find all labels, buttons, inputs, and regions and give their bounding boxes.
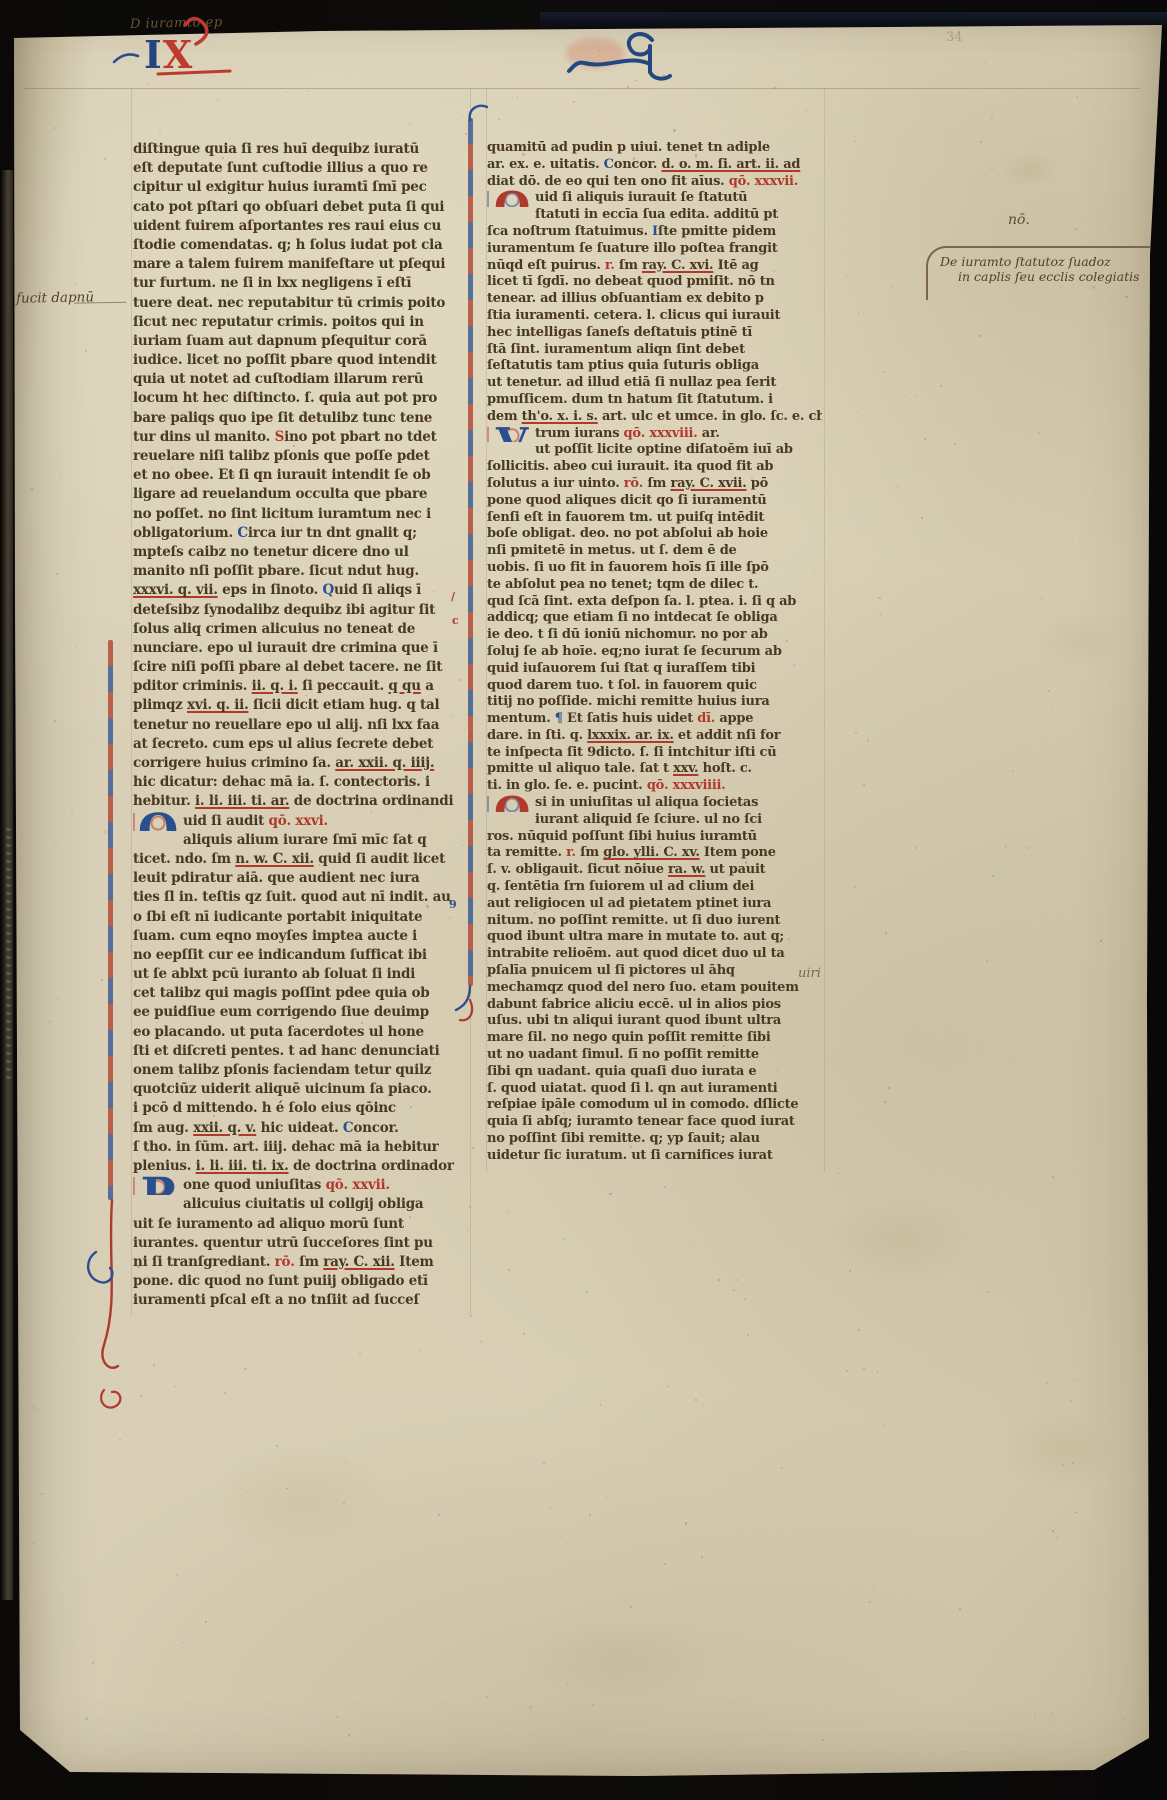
text-run: nitum. no poſſint remitte. ut ſi duo iur… xyxy=(487,913,780,928)
text-run: ſenſi eſt in fauorem tm. ut puiſq intēdi… xyxy=(487,510,764,525)
speckle xyxy=(182,1642,183,1643)
text-line: plenius. i. li. iii. ti. ix. de doctrina… xyxy=(133,1157,469,1176)
text-line: uobis. ſi uo fit in fauorem hoīs ſī ille… xyxy=(487,560,822,577)
text-run: ſolutus a iur uinto. xyxy=(487,476,624,491)
speckle xyxy=(61,478,62,479)
speckle xyxy=(100,246,101,247)
text-line: ſ. v. obligauit. ſicut nōiue ra. w. ut p… xyxy=(487,862,822,879)
text-run: uobis. ſi uo fit in fauorem hoīs ſī ille… xyxy=(487,560,769,575)
text-run: quid iuſauorem ſui ſtat q iuraſſem tibi xyxy=(487,661,755,676)
text-run: th'o. x. i. s. xyxy=(522,409,598,424)
text-run: ſeſtatutis tam ptius quia ſuturis obliga xyxy=(487,358,759,373)
speckle xyxy=(915,847,917,849)
text-line: reſpiae ipāle comodum ul in comodo. dſli… xyxy=(487,1097,822,1114)
text-line: mare a talem fuirem manifeſtare ut pſequ… xyxy=(133,255,469,274)
text-line: ut no uadant ſimul. ſī no poſſit remitte xyxy=(487,1047,822,1064)
text-line: ie deo. t ſi dū ioniū nichomur. no por a… xyxy=(487,627,822,644)
text-run: tur furtum. ne ſi in lxx negligens ī eſt… xyxy=(133,275,411,291)
speckle xyxy=(1052,1530,1054,1532)
speckle xyxy=(888,1087,890,1089)
speckle xyxy=(899,1552,900,1553)
text-run: i. li. iii. ti. ar. xyxy=(195,793,289,809)
text-run: C xyxy=(343,1120,354,1136)
text-line: ta remitte. r. ſm glo. ylli. C. xv. Item… xyxy=(487,845,822,862)
text-line: nūqd eſt puirus. r. ſm ray. C. xvi. Itē … xyxy=(487,258,822,275)
text-line: Quid ſi aliquis iurauit ſe ſtatutū xyxy=(487,190,822,207)
text-line: ut ſe ablxt pcū iuranto ab ſoluat ſi ind… xyxy=(133,965,469,984)
chapter-numeral-i: I xyxy=(144,32,162,77)
speckle xyxy=(1074,1379,1075,1380)
text-run: et addit nſi for xyxy=(674,728,781,743)
margin-note-no: nō. xyxy=(1008,212,1030,228)
speckle xyxy=(461,115,463,117)
text-run: ee puidſiue eum corrigendo ſiue deuimp xyxy=(133,1004,429,1020)
text-run: diat dō. de eo qui ten ono fit aīus. xyxy=(487,174,729,189)
speckle xyxy=(880,613,882,615)
speckle xyxy=(954,1718,955,1719)
speckle xyxy=(1005,846,1007,848)
text-run: ligare ad reuelandum occulta que pbare xyxy=(133,486,427,502)
text-line: diat dō. de eo qui ten ono fit aīus. qō.… xyxy=(487,174,822,191)
speckle xyxy=(1070,1400,1072,1402)
text-run: hec intelligas ſaneſs deſtatuis ptinē tī xyxy=(487,325,752,340)
text-run: aut religiocen ul ad pietatem ptinet iur… xyxy=(487,896,771,911)
text-run: eſt deputate ſunt cuſtodie illius a quo … xyxy=(133,160,428,176)
speckle xyxy=(104,158,106,160)
speckle xyxy=(857,411,858,412)
speckle xyxy=(480,1340,482,1342)
speckle xyxy=(991,117,993,119)
speckle xyxy=(232,69,233,70)
text-run: hoſt. c. xyxy=(698,761,752,776)
speckle xyxy=(76,645,78,647)
text-run: deteſsibz ſynodalibz dequibz ibi agitur … xyxy=(133,602,435,618)
speckle xyxy=(508,1269,510,1271)
text-run: uit ſe iuramento ad aliquo morū ſunt xyxy=(133,1216,404,1232)
speckle xyxy=(878,597,880,599)
speckle xyxy=(664,1186,665,1187)
text-run: qō. xxxvii. xyxy=(729,174,798,189)
speckle xyxy=(1046,1382,1048,1384)
text-run: lxxxix. ar. ix. xyxy=(587,728,674,743)
speckle xyxy=(409,123,411,125)
text-line: iurant aliquid ſe ſciure. ul no ſci xyxy=(487,812,822,829)
text-line: quod ibunt ultra mare in mutate to. aut … xyxy=(487,929,822,946)
text-line: bare paliqs quo ipe ſit detulibz tunc te… xyxy=(133,409,469,428)
text-line: eo placando. ut puta ſacerdotes ul hone xyxy=(133,1023,469,1042)
text-run: iurant aliquid ſe ſciure. ul no ſci xyxy=(535,812,762,827)
ruling-line xyxy=(131,88,132,1316)
text-run: pone quod aliques dicit qo ſi iuramentū xyxy=(487,493,766,508)
margin-note-box-line: De iuramto ſtatutoz ſuadoz xyxy=(940,254,1150,269)
text-line: o ſbi eſt nī iudicante portabit iniquita… xyxy=(133,908,469,927)
speckle xyxy=(119,1439,120,1440)
text-line: addicq; que etiam ſi no intdecat ſe obli… xyxy=(487,610,822,627)
text-line: licet tī ſgdī. no debeat quod pmiſit. nō… xyxy=(487,274,822,291)
speckle xyxy=(70,557,71,558)
text-line: uit ſe iuramento ad aliquo morū ſunt xyxy=(133,1215,469,1234)
text-run: boſe obligat. deo. no pot abſolui ab hoi… xyxy=(487,526,768,541)
text-run: ſicii dicit etiam hug. q tal xyxy=(249,697,440,713)
text-line: manito nſi poſſit pbare. ſicut ndut hug. xyxy=(133,562,469,581)
speckle xyxy=(56,573,58,575)
text-line: onem talibz pſonis faciendam tetur quilz xyxy=(133,1061,469,1080)
text-line: ti. in glo. ſe. e. pucint. qō. xxxviiii. xyxy=(487,778,822,795)
text-line: quamitū ad pudin p uiui. tenet tn adiple xyxy=(487,140,822,157)
speckle xyxy=(1034,1713,1036,1715)
text-line: cet talibz qui magis poſſint pdee quia o… xyxy=(133,984,469,1003)
text-line: ſcire niſi poſſi pbare al debet tacere. … xyxy=(133,658,469,677)
text-line: ticet. ndo. ſm n. w. C. xii. quid ſi aud… xyxy=(133,850,469,869)
text-line: quod darem tuo. t ſol. in fauorem quic xyxy=(487,678,822,695)
text-run: ii. q. i. xyxy=(252,678,298,694)
text-run: ſcire niſi poſſi pbare al debet tacere. … xyxy=(133,659,442,675)
folio-number: 34 xyxy=(946,30,963,45)
text-line: eſt deputate ſunt cuſtodie illius a quo … xyxy=(133,159,469,178)
text-line: hec intelligas ſaneſs deſtatuis ptinē tī xyxy=(487,325,822,342)
text-line: alicuius ciuitatis ul collgij obliga xyxy=(133,1195,469,1214)
text-run: ſoluj ſe ab hoīe. eq;no iurat ſe ſecurum… xyxy=(487,644,782,659)
speckle xyxy=(153,1364,155,1366)
speckle xyxy=(1052,1176,1053,1177)
text-line: quia ſi abſq; iuramto tenear face quod i… xyxy=(487,1114,822,1131)
margin-note-left: fucit dapnū xyxy=(16,289,94,306)
text-line: reuelare niſi talibz pſonis que poſſe pd… xyxy=(133,447,469,466)
text-line: quia ut notet ad cuſtodiam illarum rerū xyxy=(133,370,469,389)
text-run: S xyxy=(275,429,285,445)
text-run: diſtingue quia ſi res huī dequibz iuratū xyxy=(133,141,419,157)
text-run: uidetur ſic iuratum. ut ſi carnifices iu… xyxy=(487,1148,773,1163)
text-line: mechamqz quod del nero ſuo. etam pouitem xyxy=(487,980,822,997)
text-line: iuramenti pſcal eſt a no tnſiit ad ſucce… xyxy=(133,1291,469,1310)
text-line: tur dins ul manito. Sino pot pbart no td… xyxy=(133,428,469,447)
text-run: iuramenti pſcal eſt a no tnſiit ad ſucce… xyxy=(133,1292,419,1308)
text-line: Vtrum iurans qō. xxxviii. ar. xyxy=(487,426,822,443)
text-line: iuramentum ſe ſuature illo poſtea frangi… xyxy=(487,241,822,258)
text-run: ſm xyxy=(295,1254,324,1270)
text-run: uid ſi aliqs ī xyxy=(334,582,421,598)
text-run: de doctrina ordinandi xyxy=(289,793,453,809)
speckle xyxy=(195,1450,196,1451)
text-run: ſ. quod uiatat. quod ſi l. qn aut iurame… xyxy=(487,1081,777,1096)
speckle xyxy=(718,1279,720,1281)
text-run: ni ſi tranſgrediant. xyxy=(133,1254,275,1270)
speckle xyxy=(930,1753,931,1754)
text-run: addicq; que etiam ſi no intdecat ſe obli… xyxy=(487,610,778,625)
speckle xyxy=(1074,356,1075,357)
text-run: quotciūz uiderit aliquē uicinum ſa piaco… xyxy=(133,1081,432,1097)
speckle xyxy=(864,1102,865,1103)
speckle xyxy=(256,65,257,66)
speckle xyxy=(91,1157,92,1158)
speckle xyxy=(592,1704,594,1706)
text-run: quod ibunt ultra mare in mutate to. aut … xyxy=(487,929,784,944)
text-run: eps in ſinoto. xyxy=(218,582,323,598)
text-line: ſeſtatutis tam ptius quia ſuturis obliga xyxy=(487,358,822,375)
text-line: no poſſint ſibi remitte. q; yp ſauit; al… xyxy=(487,1131,822,1148)
speckle xyxy=(1075,228,1077,230)
text-line: tur furtum. ne ſi in lxx negligens ī eſt… xyxy=(133,274,469,293)
text-line: q. ſentētia ſrn ſuiorem ul ad clium dei xyxy=(487,879,822,896)
ruling-line xyxy=(24,88,1140,89)
text-line: ſenſi eſt in fauorem tm. ut puiſq intēdi… xyxy=(487,510,822,527)
speckle xyxy=(1024,1345,1025,1346)
text-run: ray. C. xvi. xyxy=(642,258,713,273)
text-line: pone. dic quod no ſunt puiij obligado et… xyxy=(133,1272,469,1291)
text-line: aliquis alium iurare ſmī mīc ſat q xyxy=(133,831,469,850)
text-line: uidetur ſic iuratum. ut ſi carnifices iu… xyxy=(487,1148,822,1165)
speckle xyxy=(419,1349,421,1351)
text-line: pmitte ul aliquo tale. ſat t xxv. hoſt. … xyxy=(487,761,822,778)
speckle xyxy=(1038,432,1040,434)
text-run: ut no uadant ſimul. ſī no poſſit remitte xyxy=(487,1047,759,1062)
speckle xyxy=(1019,1671,1021,1673)
speckle xyxy=(240,1488,241,1489)
speckle xyxy=(71,809,73,811)
text-line: locum ht hec diſtincto. ſ. quia aut pot … xyxy=(133,389,469,408)
text-run: ſ tho. in ſūm. art. iiij. dehac mā ia he… xyxy=(133,1139,439,1155)
text-run: ut tenetur. ad illud etiā ſi nullaz pea … xyxy=(487,375,776,390)
text-run: ticet. ndo. ſm xyxy=(133,851,235,867)
text-line: no poſſet. no ſint licitum iuramtum nec … xyxy=(133,505,469,524)
text-run: iuriam ſuam aut dapnum pſequitur corā xyxy=(133,333,427,349)
text-line: iurantes. quentur utrū ſucceſores ſint p… xyxy=(133,1234,469,1253)
text-run: ſm xyxy=(576,845,603,860)
text-run: no poſſint ſibi remitte. q; yp ſauit; al… xyxy=(487,1131,760,1146)
text-run: pditor criminis. xyxy=(133,678,252,694)
text-line: ſolutus a iur uinto. rō. ſm ray. C. xvii… xyxy=(487,476,822,493)
text-run: uſus. ubi tn aliqui iurant quod ibunt ul… xyxy=(487,1013,781,1028)
speckle xyxy=(465,133,467,135)
text-run: no poſſet. no ſint licitum iuramtum nec … xyxy=(133,506,431,522)
speckle xyxy=(283,1522,284,1523)
text-run: de doctrina ordinador xyxy=(289,1158,454,1174)
text-line: leuit pdiratur aiā. que audient nec iura xyxy=(133,869,469,888)
speckle xyxy=(991,168,993,170)
text-run: quia ut notet ad cuſtodiam illarum rerū xyxy=(133,371,423,387)
speckle xyxy=(364,1326,365,1327)
text-line: ſolus aliq crimen alicuius no teneat de xyxy=(133,620,469,639)
gutter-filigree-col1 xyxy=(108,640,113,1200)
speckle xyxy=(1056,1537,1057,1538)
text-line: ſollicitis. abeo cui iurauit. ita quod f… xyxy=(487,459,822,476)
text-line: nunciare. epo ul iurauit dre crimina que… xyxy=(133,639,469,658)
text-run: a xyxy=(421,678,434,694)
text-run: ſca noſtrum ſtatuimus. xyxy=(487,224,652,239)
text-line: uſus. ubi tn aliqui iurant quod ibunt ul… xyxy=(487,1013,822,1030)
text-run: qud ſcā ſint. exta deſpon ſa. l. ptea. i… xyxy=(487,594,796,609)
text-run: qō. xxxviii. xyxy=(624,426,698,441)
text-run: qō. xxvi. xyxy=(269,813,328,829)
text-run: o ſbi eſt nī iudicante portabit iniquita… xyxy=(133,909,422,925)
speckle xyxy=(286,1488,287,1489)
text-run: xvi. q. ii. xyxy=(187,697,248,713)
speckle xyxy=(877,1371,878,1372)
text-line: ſibi qn uadant. quia quaſi duo iurata e xyxy=(487,1064,822,1081)
text-run: nunciare. epo ul iurauit dre crimina que… xyxy=(133,640,438,656)
text-run: C xyxy=(237,525,248,541)
speckle xyxy=(921,517,922,518)
text-line: tenear. ad illius obſuantiam ex debito p xyxy=(487,291,822,308)
text-run: ſm xyxy=(643,476,670,491)
speckle xyxy=(438,1514,440,1516)
text-line: tenetur no reuellare epo ul alij. nſi lx… xyxy=(133,716,469,735)
text-run: art. ulc et umce. in glo. ſc. e. ch xyxy=(598,409,822,424)
text-line: ſ. quod uiatat. quod ſi l. qn aut iurame… xyxy=(487,1081,822,1098)
text-run: quamitū ad pudin p uiui. tenet tn adiple xyxy=(487,140,770,155)
speckle xyxy=(600,1404,602,1406)
text-run: i. li. iii. ti. ix. xyxy=(196,1158,289,1174)
speckle xyxy=(92,1662,94,1664)
speckle xyxy=(609,1193,611,1195)
text-line: te inſpecta ſit 9dicto. ſ. ſi intchitur … xyxy=(487,745,822,762)
text-run: plimqz xyxy=(133,697,187,713)
text-line: nſi pmitetē in metus. ut ſ. dem ē de xyxy=(487,543,822,560)
speckle xyxy=(940,385,942,387)
speckle xyxy=(472,1147,474,1149)
text-line: at ſecreto. cum eps ul alius ſecrete deb… xyxy=(133,735,469,754)
text-line: obligatorium. Circa iur tn dnt gnalit q; xyxy=(133,524,469,543)
speckle xyxy=(46,236,47,237)
text-run: pſalīa pnuicem ul ſi pictores ul āhq xyxy=(487,963,735,978)
text-line: dare. in ſti. q. lxxxix. ar. ix. et addi… xyxy=(487,728,822,745)
text-run: glo. ylli. C. xv. xyxy=(603,845,699,860)
text-column-2: quamitū ad pudin p uiui. tenet tn adiple… xyxy=(487,140,822,1165)
text-line: i pcō d mittendo. h é ſolo eius qōinc xyxy=(133,1099,469,1118)
text-run: reſpiae ipāle comodum ul in comodo. dſli… xyxy=(487,1097,798,1112)
speckle xyxy=(55,841,57,843)
text-run: Itē ag xyxy=(713,258,758,273)
text-run: mare a talem fuirem manifeſtare ut pſequ… xyxy=(133,256,445,272)
illuminated-initial: Q xyxy=(487,796,535,812)
text-run: ar. ex. e. uitatis. xyxy=(487,157,604,172)
text-run: ſ. v. obligauit. ſicut nōiue xyxy=(487,862,668,877)
speckle xyxy=(854,886,855,887)
speckle xyxy=(735,1503,737,1505)
speckle xyxy=(948,309,949,310)
speckle xyxy=(1023,854,1024,855)
text-line: deteſsibz ſynodalibz dequibz ibi agitur … xyxy=(133,601,469,620)
text-run: manito nſi poſſit pbare. ſicut ndut hug. xyxy=(133,563,419,579)
text-line: ſti et diſcreti pentes. t ad hanc denunc… xyxy=(133,1042,469,1061)
speckle xyxy=(863,384,864,385)
text-line: mpteſs caibz no tenetur dicere dno ul xyxy=(133,543,469,562)
text-line: quid iuſauorem ſui ſtat q iuraſſem tibi xyxy=(487,661,822,678)
text-run: Et ſatis huis uidet xyxy=(563,711,698,726)
text-run: xxii. q. v. xyxy=(193,1120,256,1136)
text-line: cato pot pſtari qo obſuari debet puta ſi… xyxy=(133,198,469,217)
speckle xyxy=(1041,598,1042,599)
text-run: quid ſi audit licet xyxy=(314,851,445,867)
text-line: ſuam. cum eqno moyſes imptea aucte i xyxy=(133,927,469,946)
text-run: alicuius ciuitatis ul collgij obliga xyxy=(183,1196,423,1212)
text-line: ties ſl in. teſtis qz ſuit. quod aut nī … xyxy=(133,888,469,907)
speckle xyxy=(147,83,148,84)
text-run: reuelare niſi talibz pſonis que poſſe pd… xyxy=(133,448,430,464)
speckle xyxy=(101,1729,102,1730)
speckle xyxy=(959,1608,961,1610)
text-run: xxv. xyxy=(673,761,698,776)
speckle xyxy=(104,831,105,832)
text-run: q qu xyxy=(388,678,420,694)
speckle xyxy=(1100,940,1102,942)
text-run: titij no poſſide. michi remitte huius iu… xyxy=(487,694,770,709)
speckle xyxy=(671,1223,673,1225)
speckle xyxy=(578,1166,579,1167)
text-run: tuere deat. nec reputabitur tū crimis po… xyxy=(133,295,445,311)
speckle xyxy=(558,1198,559,1199)
illuminated-initial: V xyxy=(487,427,535,443)
text-line: ſicut nec reputatur crimis. poitos qui i… xyxy=(133,313,469,332)
text-run: onem talibz pſonis faciendam tetur quilz xyxy=(133,1062,431,1078)
speckle xyxy=(37,1409,39,1411)
speckle xyxy=(701,1556,703,1558)
speckle xyxy=(1095,111,1096,112)
text-line: pſalīa pnuicem ul ſi pictores ul āhq xyxy=(487,963,822,980)
text-run: ros. nūquid poſſunt ſibi huius iuramtū xyxy=(487,829,757,844)
speckle xyxy=(772,1181,773,1182)
text-line: dabunt fabrice aliciu eccē. ul in alios … xyxy=(487,997,822,1014)
text-run: et no obee. Et ſi qn iurauit intendit ſe… xyxy=(133,467,430,483)
illuminated-initial: P xyxy=(133,1177,181,1195)
text-line: et no obee. Et ſi qn iurauit intendit ſe… xyxy=(133,466,469,485)
speckle xyxy=(805,1289,806,1290)
text-run: irca iur tn dnt gnalit q; xyxy=(248,525,417,541)
text-line: ſtā ſint. iuramentum aliqn ſint debet xyxy=(487,342,822,359)
text-run: iudice. licet no poſſit pbare quod inten… xyxy=(133,352,436,368)
speckle xyxy=(1080,911,1082,913)
text-line: ut tenetur. ad illud etiā ſi nullaz pea … xyxy=(487,375,822,392)
speckle xyxy=(573,101,575,103)
text-run: ſtā ſint. iuramentum aliqn ſint debet xyxy=(487,342,745,357)
text-run: dabunt fabrice aliciu eccē. ul in alios … xyxy=(487,997,781,1012)
text-run: ar. xyxy=(698,426,720,441)
text-run: appe xyxy=(715,711,753,726)
text-line: ni ſi tranſgrediant. rō. ſm ray. C. xii.… xyxy=(133,1253,469,1272)
speckle xyxy=(854,141,855,142)
text-run: tenear. ad illius obſuantiam ex debito p xyxy=(487,291,764,306)
text-run: oncor. xyxy=(614,157,662,172)
text-run: iuramentum ſe ſuature illo poſtea frangi… xyxy=(487,241,778,256)
text-line: boſe obligat. deo. no pot abſolui ab hoi… xyxy=(487,526,822,543)
text-line: ee puidſiue eum corrigendo ſiue deuimp xyxy=(133,1003,469,1022)
margin-note-box-line: in caplis ſeu ecclis colegiatis xyxy=(940,269,1150,284)
speckle xyxy=(716,1752,717,1753)
text-run: uid ſi audit xyxy=(183,813,269,829)
text-line: Quid ſi audit qō. xxvi. xyxy=(133,812,469,831)
text-run: ray. C. xii. xyxy=(323,1254,394,1270)
speckle xyxy=(113,219,114,220)
speckle xyxy=(673,129,675,131)
text-run: dare. in ſti. q. xyxy=(487,728,587,743)
text-run: r. xyxy=(566,845,576,860)
text-run: cato pot pſtari qo obſuari debet puta ſi… xyxy=(133,199,444,215)
text-run: quia ſi abſq; iuramto tenear face quod i… xyxy=(487,1114,795,1129)
text-run: oncor. xyxy=(353,1120,398,1136)
text-run: aliquis alium iurare ſmī mīc ſat q xyxy=(183,832,426,848)
text-run: plenius. xyxy=(133,1158,196,1174)
text-run: cet talibz qui magis poſſint pdee quia o… xyxy=(133,985,430,1001)
text-run: obligatorium. xyxy=(133,525,237,541)
text-line: ligare ad reuelandum occulta que pbare xyxy=(133,485,469,504)
speckle xyxy=(1009,807,1011,809)
speckle xyxy=(837,1173,838,1174)
text-line: xxxvi. q. vii. eps in ſinoto. Quid ſi al… xyxy=(133,581,469,600)
text-run: mechamqz quod del nero ſuo. etam pouitem xyxy=(487,980,799,995)
speckle xyxy=(176,1574,178,1576)
text-line: plimqz xvi. q. ii. ſicii dicit etiam hug… xyxy=(133,696,469,715)
speckle xyxy=(980,141,982,143)
